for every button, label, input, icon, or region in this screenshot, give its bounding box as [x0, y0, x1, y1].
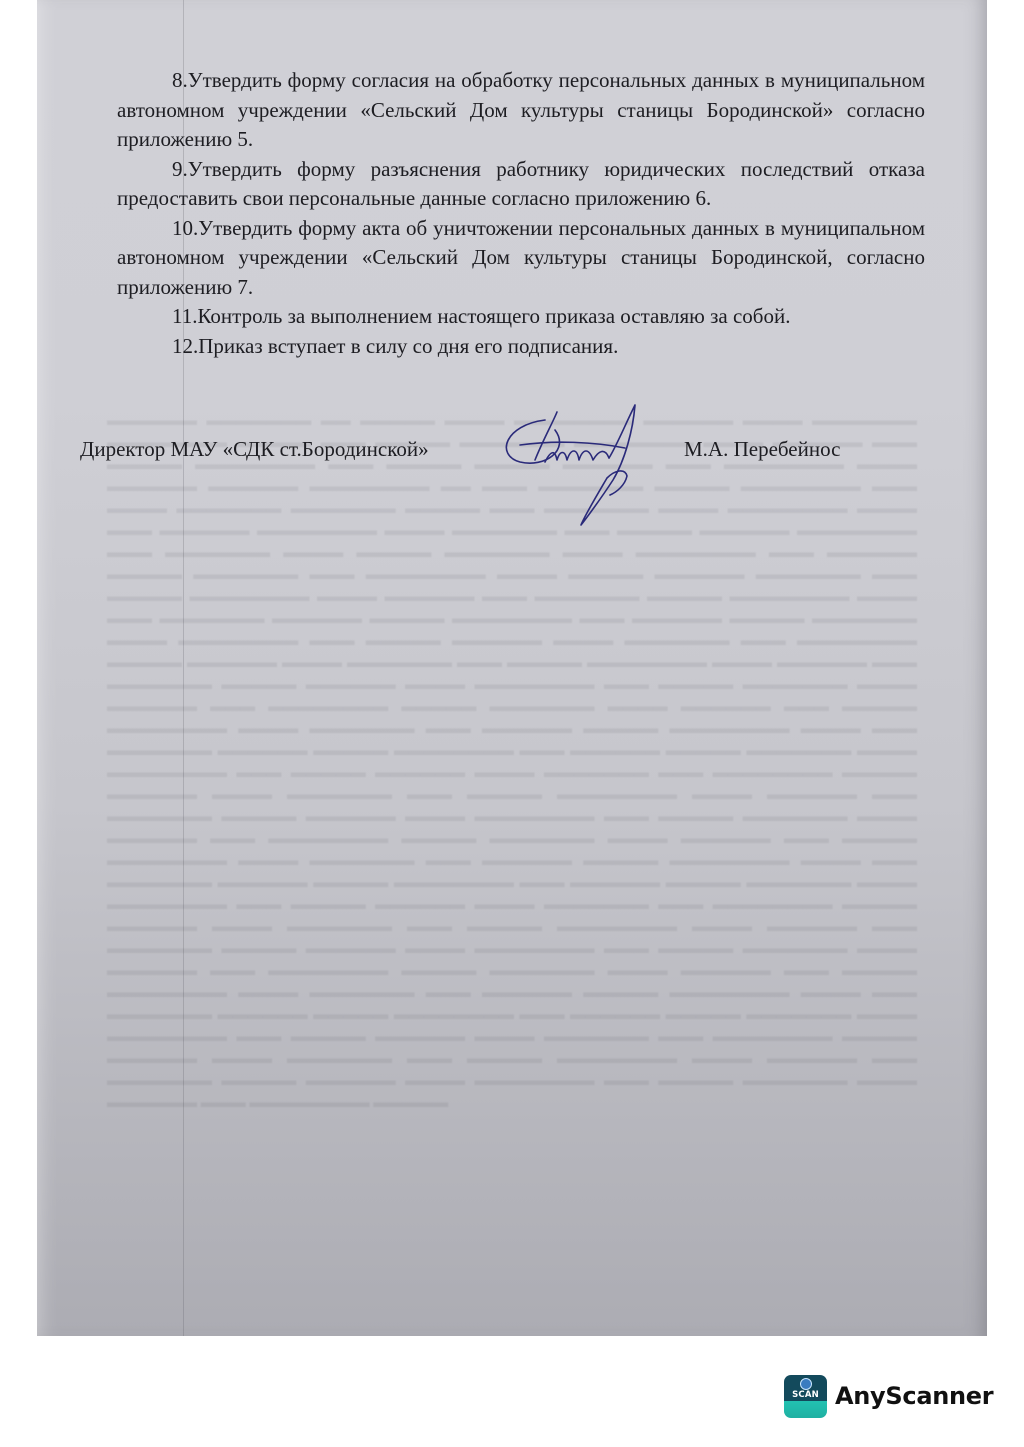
brand-name: AnyScanner — [835, 1382, 993, 1410]
paragraph-item-12: 12.Приказ вступает в силу со дня его под… — [117, 332, 925, 362]
signature-block: Директор МАУ «СДК ст.Бородинской» М.А. П… — [80, 435, 880, 475]
anyscanner-watermark: SCAN AnyScanner — [784, 1374, 993, 1418]
paragraph-item-11: 11.Контроль за выполнением настоящего пр… — [117, 302, 925, 332]
signatory-name: М.А. Перебейнос — [684, 437, 840, 462]
icon-label: SCAN — [784, 1390, 827, 1400]
paragraph-item-10: 10.Утвердить форму акта об уничтожении п… — [117, 214, 925, 303]
paragraph-item-8: 8.Утвердить форму согласия на обработку … — [117, 66, 925, 155]
document-body: 8.Утвердить форму согласия на обработку … — [117, 66, 925, 361]
handwritten-signature-icon — [485, 400, 695, 540]
camera-lens-icon — [800, 1378, 812, 1390]
signatory-title: Директор МАУ «СДК ст.Бородинской» — [80, 437, 429, 462]
paragraph-item-9: 9.Утвердить форму разъяснения работнику … — [117, 155, 925, 214]
scanned-page: ▬▬▬▬▬▬ ▬▬▬▬▬▬▬ ▬▬ ▬▬▬▬▬ ▬▬▬▬ ▬▬▬▬▬▬▬▬ ▬▬… — [37, 0, 987, 1336]
scanner-app-icon: SCAN — [784, 1375, 827, 1418]
